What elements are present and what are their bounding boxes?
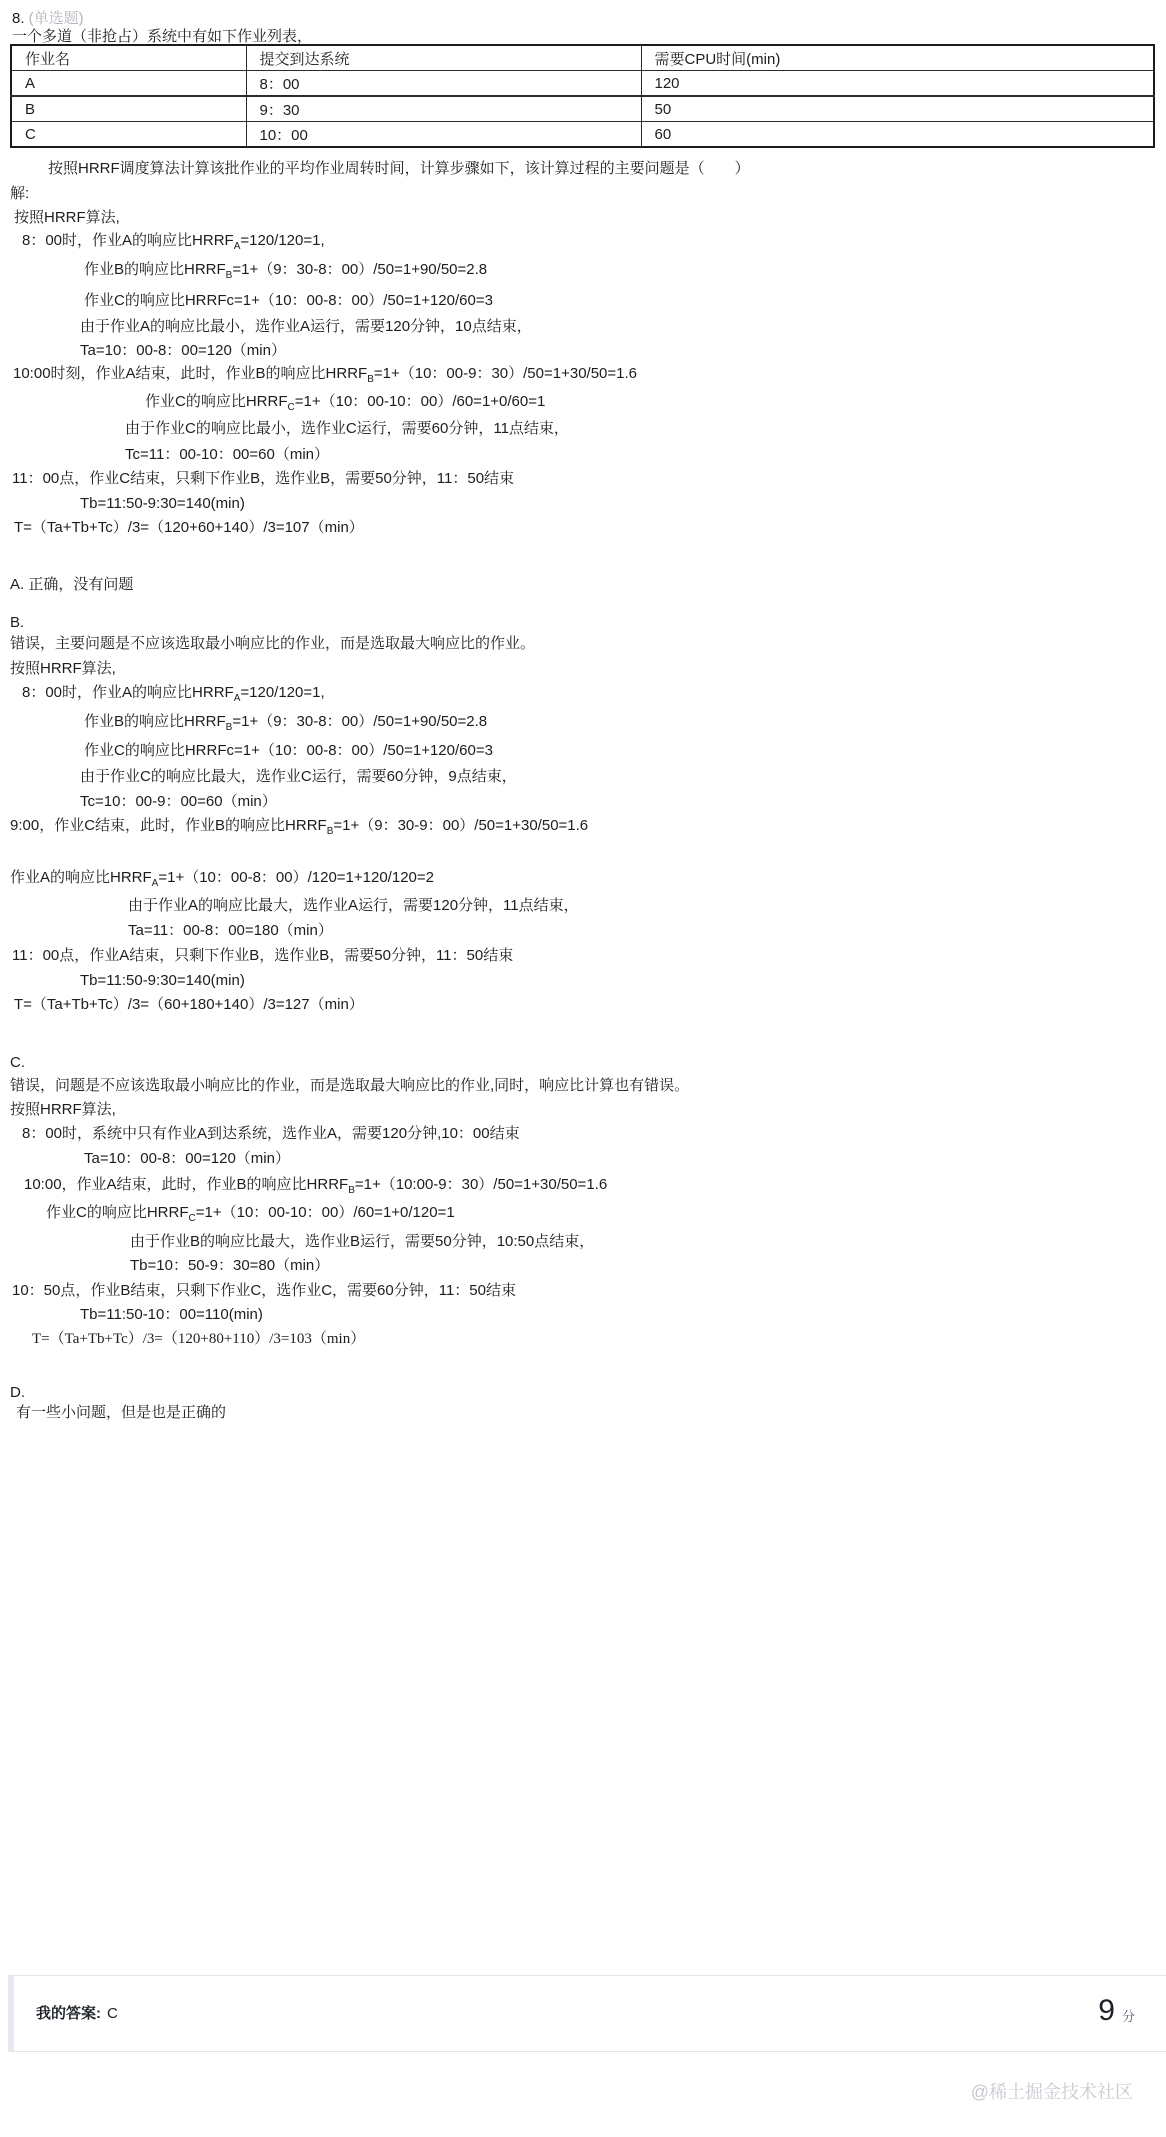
solution-line: 作业C的响应比HRRFc=1+（10：00-8：00）/50=1+120/60=… [84, 290, 493, 311]
solution-line: 作业B的响应比HRRFB=1+（9：30-8：00）/50=1+90/50=2.… [84, 259, 487, 286]
option-c-line: 按照HRRF算法, [10, 1099, 116, 1120]
table-row: C10：0060 [11, 122, 1154, 148]
option-c-line: 作业C的响应比HRRFC=1+（10：00-10：00）/60=1+0/120=… [46, 1202, 455, 1229]
answer-panel: 我的答案:C 9 分 [8, 1975, 1166, 2052]
solution-line: Tb=11:50-9:30=140(min) [80, 493, 245, 514]
watermark: @稀土掘金技术社区 [971, 2081, 1133, 2103]
question-intro: 一个多道（非抢占）系统中有如下作业列表， [12, 26, 312, 47]
option-a: A. 正确，没有问题 [10, 574, 133, 596]
jobs-table: 作业名提交到达系统需要CPU时间(min)A8：00120B9：3050C10：… [10, 44, 1155, 148]
option-b-line: 作业A的响应比HRRFA=1+（10：00-8：00）/120=1+120/12… [10, 867, 434, 894]
solution-line: T=（Ta+Tb+Tc）/3=（120+60+140）/3=107（min） [14, 517, 364, 538]
option-c-label: C. [10, 1052, 25, 1073]
table-cell: 10：00 [246, 122, 641, 148]
table-cell: 9：30 [246, 96, 641, 122]
solution-line: 由于作业A的响应比最小，选作业A运行，需要120分钟，10点结束， [80, 316, 532, 337]
option-b-line: 8：00时，作业A的响应比HRRFA=120/120=1, [22, 682, 325, 709]
option-b-line: 由于作业A的响应比最大，选作业A运行，需要120分钟，11点结束， [128, 895, 579, 916]
solution-line: 10:00时刻，作业A结束，此时，作业B的响应比HRRFB=1+（10：00-9… [13, 363, 637, 390]
option-c-line: 10：50点，作业B结束，只剩下作业C，选作业C，需要60分钟，11：50结束 [12, 1280, 516, 1301]
table-cell: 50 [641, 96, 1154, 122]
table-header-cell: 需要CPU时间(min) [641, 45, 1154, 71]
quiz-question-page: 作业名提交到达系统需要CPU时间(min)A8：00120B9：3050C10：… [0, 0, 1166, 2137]
answer-panel-accent-bar [8, 1976, 14, 2051]
option-b-label: B. [10, 612, 24, 633]
my-answer-label: 我的答案: [36, 2005, 101, 2022]
my-answer: 我的答案:C [36, 2002, 118, 2023]
table-row: A8：00120 [11, 71, 1154, 97]
option-b-line: 按照HRRF算法, [10, 658, 116, 679]
option-c-line: Ta=10：00-8：00=120（min） [84, 1148, 290, 1169]
table-cell: A [11, 71, 246, 97]
option-c-line: 由于作业B的响应比最大，选作业B运行，需要50分钟，10:50点结束， [130, 1231, 594, 1252]
solution-line: 8：00时，作业A的响应比HRRFA=120/120=1, [22, 230, 325, 257]
table-cell: 8：00 [246, 71, 641, 97]
solution-line: 解: [10, 183, 29, 204]
option-c-line: 错误，问题是不应该选取最小响应比的作业，而是选取最大响应比的作业,同时，响应比计… [10, 1075, 689, 1096]
option-b-line: 作业C的响应比HRRFc=1+（10：00-8：00）/50=1+120/60=… [84, 740, 493, 761]
table-cell: 60 [641, 122, 1154, 148]
table-header-row: 作业名提交到达系统需要CPU时间(min) [11, 45, 1154, 71]
solution-line: Ta=10：00-8：00=120（min） [80, 340, 286, 361]
option-b-line: Tb=11:50-9:30=140(min) [80, 970, 245, 991]
option-c-line: 8：00时，系统中只有作业A到达系统，选作业A，需要120分钟,10：00结束 [22, 1123, 520, 1144]
question-stem: 按照HRRF调度算法计算该批作业的平均作业周转时间，计算步骤如下，该计算过程的主… [48, 158, 750, 179]
solution-line: 作业C的响应比HRRFC=1+（10：00-10：00）/60=1+0/60=1 [145, 391, 545, 418]
solution-line: 由于作业C的响应比最小，选作业C运行，需要60分钟，11点结束， [125, 418, 569, 439]
option-c-line: T=（Ta+Tb+Tc）/3=（120+80+110）/3=103（min） [32, 1328, 365, 1350]
option-c-line: Tb=11:50-10：00=110(min) [80, 1304, 263, 1325]
option-b-line: Tc=10：00-9：00=60（min） [80, 791, 277, 812]
solution-line: 11：00点，作业C结束，只剩下作业B，选作业B，需要50分钟，11：50结束 [12, 468, 514, 489]
table-header-cell: 作业名 [11, 45, 246, 71]
option-b-line: 作业B的响应比HRRFB=1+（9：30-8：00）/50=1+90/50=2.… [84, 711, 487, 738]
table-cell: C [11, 122, 246, 148]
option-d-label: D. [10, 1382, 25, 1403]
solution-line: 按照HRRF算法, [14, 207, 120, 228]
table-row: B9：3050 [11, 96, 1154, 122]
option-b-line: 由于作业C的响应比最大，选作业C运行，需要60分钟，9点结束， [80, 766, 517, 787]
table-cell: 120 [641, 71, 1154, 97]
score-number: 9 [1098, 1994, 1115, 2028]
table-cell: B [11, 96, 246, 122]
score: 9 分 [1098, 1994, 1135, 2028]
option-c-line: 10:00，作业A结束，此时，作业B的响应比HRRFB=1+（10:00-9：3… [24, 1174, 607, 1201]
jobs-table-body: 作业名提交到达系统需要CPU时间(min)A8：00120B9：3050C10：… [11, 45, 1154, 147]
table-header-cell: 提交到达系统 [246, 45, 641, 71]
option-d-line: 有一些小问题，但是也是正确的 [16, 1402, 226, 1423]
score-unit: 分 [1122, 2006, 1135, 2028]
option-b-line: 错误，主要问题是不应该选取最小响应比的作业，而是选取最大响应比的作业。 [10, 633, 535, 654]
option-c-line: Tb=10：50-9：30=80（min） [130, 1255, 329, 1276]
option-b-line: T=（Ta+Tb+Tc）/3=（60+180+140）/3=127（min） [14, 994, 364, 1015]
my-answer-value: C [107, 2005, 118, 2022]
option-b-line: 9:00，作业C结束，此时，作业B的响应比HRRFB=1+（9：30-9：00）… [10, 815, 588, 842]
option-b-line: Ta=11：00-8：00=180（min） [128, 920, 333, 941]
solution-line: Tc=11：00-10：00=60（min） [125, 444, 329, 465]
option-b-line: 11：00点，作业A结束，只剩下作业B，选作业B，需要50分钟，11：50结束 [12, 945, 513, 966]
